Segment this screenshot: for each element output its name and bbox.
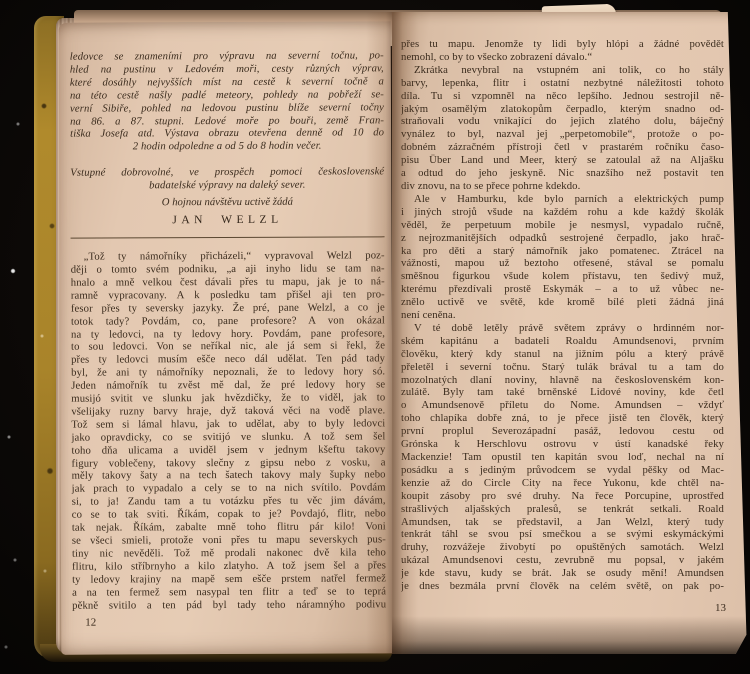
text-line: ukázal Amundsenovi cestu, zevrubně mu po…	[401, 554, 724, 567]
text-line: ském kapitánu a badateli Roaldu Amundsen…	[401, 335, 724, 348]
author-heading: JAN WELZL	[70, 212, 384, 228]
text-line: totok tady? Povdám, co, pane profesore? …	[71, 314, 385, 328]
text-line: ději o tomto svém podniku, „a aji inyho …	[71, 262, 385, 276]
text-line: mozolnatých dlaní noviny, hlavně na česk…	[401, 374, 724, 387]
text-line: hled na pustinu v Ledovém moři, cesty rů…	[70, 62, 384, 76]
text-line: barvy, lepenka, flitr i ostatní nezbytné…	[401, 77, 724, 90]
continuation-paragraph: přes tu mapu. Jenomže ty lidi byly hlópi…	[401, 38, 724, 64]
text-line: toho dňa ulicama a uviděl jsem v jednym …	[71, 443, 385, 457]
text-line: Grónska k Herschlovu ostrovu v ústí kana…	[401, 438, 724, 451]
text-line: a odtud do jeho jeskyně. Nic snazšího ne…	[401, 167, 724, 180]
text-line: V té době letěly právě světem zprávy o h…	[401, 322, 724, 335]
hamburg-paragraph: Ale v Hamburku, kde bylo parních a elekt…	[401, 193, 724, 322]
text-line: na této cestě našly padlé meteory, pohle…	[70, 88, 384, 102]
text-line: jakým osamělým zlatokopům čerpadlo, kter…	[401, 103, 724, 116]
text-line: vynález to byl, nazval jej „perpetomobil…	[401, 128, 724, 141]
text-line: je dnes bezmála první člověk na celém sv…	[401, 580, 724, 593]
text-line: člověku, který kdy stanul na jižním pólu…	[401, 348, 724, 361]
text-line: badatelské výpravy na daleký sever.	[70, 178, 384, 192]
text-line: zulátě. Byly tam také brněnské Lidové no…	[401, 386, 724, 399]
text-line: hnalo a mně velkou čest dávali přes tu m…	[71, 275, 385, 289]
text-line: ka pro děti a starý námořník jako pomate…	[401, 245, 724, 258]
text-line: se všeci smieli, protože voni přes tu ma…	[72, 533, 386, 547]
invitation-line: O hojnou návštěvu uctivě žádá	[70, 195, 384, 209]
text-line: ramně vypracovany. A k posledku tam přiš…	[71, 288, 385, 302]
text-line: koupit zásoby pro své druhy. Na řece Por…	[401, 490, 724, 503]
page-number-left: 12	[85, 617, 96, 629]
text-line: Ale v Hamburku, kde bylo parních a elekt…	[401, 193, 724, 206]
right-page-text-column: přes tu mapu. Jenomže ty lidi byly hlópi…	[401, 38, 724, 593]
text-line: z nejrozmanitějších odpadků sestrojené č…	[401, 232, 724, 245]
text-line: Mackenzie! Tam opustil ten kapitán svou …	[401, 451, 724, 464]
text-line: musijó svitit ve slunku jak hvězdičky, ž…	[71, 391, 385, 405]
text-line: i jiných strojů všude na každém rohu a k…	[401, 206, 724, 219]
text-line: znělo uctivě ve světě, kde kromě bílé pl…	[401, 296, 724, 309]
text-line: tiška Josefa atd. Výstava obrazu otevřen…	[70, 127, 384, 141]
text-line: první proplul Severozápadní pasáž, ledov…	[401, 425, 724, 438]
text-line: všelijaky ruzny barvy hraje, dyž taková …	[71, 404, 385, 418]
text-line: vážnosti, mapou už beztoho otřesené, stá…	[401, 257, 724, 270]
text-line: pisu Über Land und Meer, který se zatoul…	[401, 154, 724, 167]
text-line: druhy, rozvážeje živobytí po opuštěných …	[401, 541, 724, 554]
page-number-right: 13	[715, 602, 726, 614]
text-line: o Amundsenově příletu do Nome. Amundsen …	[401, 399, 724, 412]
narration-paragraph: „Tož ty námořníky přicházeli,“ vypravova…	[71, 249, 387, 612]
left-page: ledovce se znameními pro výpravu na seve…	[59, 21, 394, 654]
text-line: je kde stavu, kudy se brát. Jak se osudy…	[401, 567, 724, 580]
text-line: tiny nic nevěděli. Tož mě prodali nakone…	[72, 546, 386, 560]
text-line: fesor přes ty seversky jazyky. Že pré, p…	[71, 301, 385, 315]
text-line: straňovali vodu vnikající do jejich zlat…	[401, 115, 724, 128]
text-line: jako opravdicky, co se svitijó ve slunku…	[71, 430, 385, 444]
text-line: které dosáhly nejvyšších míst na cestě k…	[70, 75, 384, 89]
text-line: dobném zázračném přístroji četl v prasta…	[401, 141, 724, 154]
text-line: posádku a s jediným průvodcem se vydal p…	[401, 464, 724, 477]
text-line: pěkně svitilo a ten pád byl tady teho ná…	[72, 598, 386, 612]
divider-rule	[71, 236, 385, 238]
text-line: Zkrátka nevybral na vstupném ani tolik, …	[401, 64, 724, 77]
photo-background: ledovce se znameními pro výpravu na seve…	[0, 0, 750, 674]
text-line: verní Sibiře, pohled na ledovou pustinu …	[70, 101, 384, 115]
text-line: přeletěl i severní točnu. Starý tulák br…	[401, 361, 724, 374]
pump-paragraph: Zkrátka nevybral na vstupném ani tolik, …	[401, 64, 724, 193]
text-line: tenkrát táhl se svou psí smečkou a se sv…	[401, 528, 724, 541]
right-page: přes tu mapu. Jenomže ty lidi byly hlópi…	[392, 12, 750, 654]
text-line: div znovu, na to se přece pohrne kdekdo.	[401, 180, 724, 193]
text-line: věděl, že perpetuum mobile je nesmysl, v…	[401, 219, 724, 232]
text-line: Amundsen, tak se představil, a Jan Welzl…	[401, 516, 724, 529]
text-line: toho chlapíka dobře zná, to je přece jis…	[401, 412, 724, 425]
text-line: není ceněna.	[401, 309, 724, 322]
text-line: kterému přezdívali prostě Eskymák – a to…	[401, 283, 724, 296]
text-line: díla. Tu si vzpomněl na něco lepšího. Je…	[401, 90, 724, 103]
exhibition-note-block: ledovce se znameními pro výpravu na seve…	[70, 49, 384, 154]
text-line: strašlivých aljašských pralesů, se tenkr…	[401, 503, 724, 516]
admission-note-block: Vstupné dobrovolné, ve prospěch pomoci č…	[70, 166, 384, 193]
text-line: 2 hodin odpoledne a od 5 do 8 hodin veče…	[70, 140, 384, 154]
text-line: ty ledovy krajiny na mapě sem ešče prste…	[72, 572, 386, 586]
text-line: ledovce se znameními pro výpravu na seve…	[70, 49, 384, 63]
text-line: nemohl, co by to všecko zobrazení dávalo…	[401, 51, 724, 64]
text-line: Tož sem si lámal hlavu, jak to udělat, a…	[71, 417, 385, 431]
text-line: Vstupné dobrovolné, ve prospěch pomoci č…	[70, 166, 384, 180]
amundsen-paragraph: V té době letěly právě světem zprávy o h…	[401, 322, 724, 593]
text-line: přes tu mapu. Jenomže ty lidi byly hlópi…	[401, 38, 724, 51]
text-line: flitru, kilo stříbrnyho a kilo zlatyho. …	[72, 559, 386, 573]
left-page-text-column: ledovce se znameními pro výpravu na seve…	[70, 49, 386, 612]
text-line: směšnou figurkou všude kolem přístavu, t…	[401, 270, 724, 283]
text-line: kenzie až do Circle City na řece Yukonu,…	[401, 477, 724, 490]
text-line: a na ten fermež sem nasypal ten flitr a …	[72, 585, 386, 599]
